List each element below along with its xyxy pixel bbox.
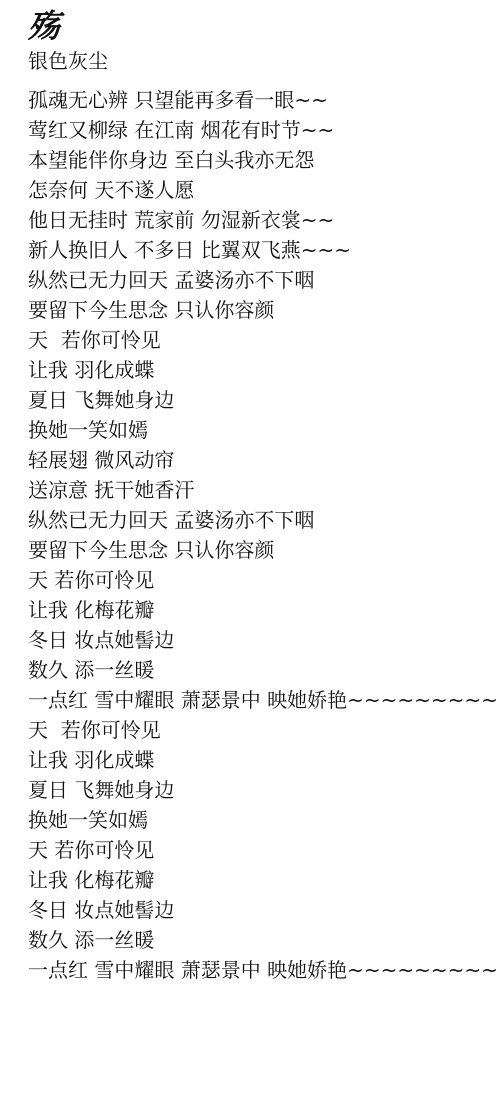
lyric-line: 让我 羽化成蝶: [28, 355, 500, 385]
lyric-line: 莺红又柳绿 在江南 烟花有时节~~: [28, 115, 500, 145]
lyric-line: 冬日 妆点她髻边: [28, 625, 500, 655]
lyric-line: 新人换旧人 不多日 比翼双飞燕~~~: [28, 235, 500, 265]
lyric-line: 天 若你可怜见: [28, 325, 500, 355]
lyric-line: 天 若你可怜见: [28, 565, 500, 595]
lyric-line: 轻展翅 微风动帘: [28, 445, 500, 475]
lyric-line: 一点红 雪中耀眼 萧瑟景中 映她娇艳~~~~~~~~~~: [28, 685, 500, 715]
song-title: 殇: [28, 8, 500, 45]
lyric-line: 要留下今生思念 只认你容颜: [28, 295, 500, 325]
lyric-line: 纵然已无力回天 孟婆汤亦不下咽: [28, 505, 500, 535]
lyric-line: 数久 添一丝暖: [28, 925, 500, 955]
lyric-line: 送凉意 抚干她香汗: [28, 475, 500, 505]
lyric-line: 纵然已无力回天 孟婆汤亦不下咽: [28, 265, 500, 295]
lyric-line: 换她一笑如嫣: [28, 415, 500, 445]
lyric-line: 一点红 雪中耀眼 萧瑟景中 映她娇艳~~~~~~~~~~: [28, 955, 500, 985]
lyric-line: 换她一笑如嫣: [28, 805, 500, 835]
lyric-line: 本望能伴你身边 至白头我亦无怨: [28, 145, 500, 175]
artist-name: 银色灰尘: [28, 50, 500, 72]
lyric-line: 冬日 妆点她髻边: [28, 895, 500, 925]
lyric-line: 让我 化梅花瓣: [28, 595, 500, 625]
lyric-line: 怎奈何 天不遂人愿: [28, 175, 500, 205]
lyric-line: 天 若你可怜见: [28, 835, 500, 865]
lyric-line: 夏日 飞舞她身边: [28, 775, 500, 805]
lyric-line: 孤魂无心辨 只望能再多看一眼~~: [28, 85, 500, 115]
lyric-line: 要留下今生思念 只认你容颜: [28, 535, 500, 565]
lyric-line: 夏日 飞舞她身边: [28, 385, 500, 415]
lyrics: 孤魂无心辨 只望能再多看一眼~~莺红又柳绿 在江南 烟花有时节~~本望能伴你身边…: [28, 85, 500, 985]
lyric-line: 天 若你可怜见: [28, 715, 500, 745]
lyrics-page: 殇 银色灰尘 孤魂无心辨 只望能再多看一眼~~莺红又柳绿 在江南 烟花有时节~~…: [0, 0, 500, 1120]
lyric-line: 数久 添一丝暖: [28, 655, 500, 685]
lyric-line: 他日无挂时 荒家前 勿湿新衣裳~~: [28, 205, 500, 235]
lyric-line: 让我 化梅花瓣: [28, 865, 500, 895]
lyric-line: 让我 羽化成蝶: [28, 745, 500, 775]
